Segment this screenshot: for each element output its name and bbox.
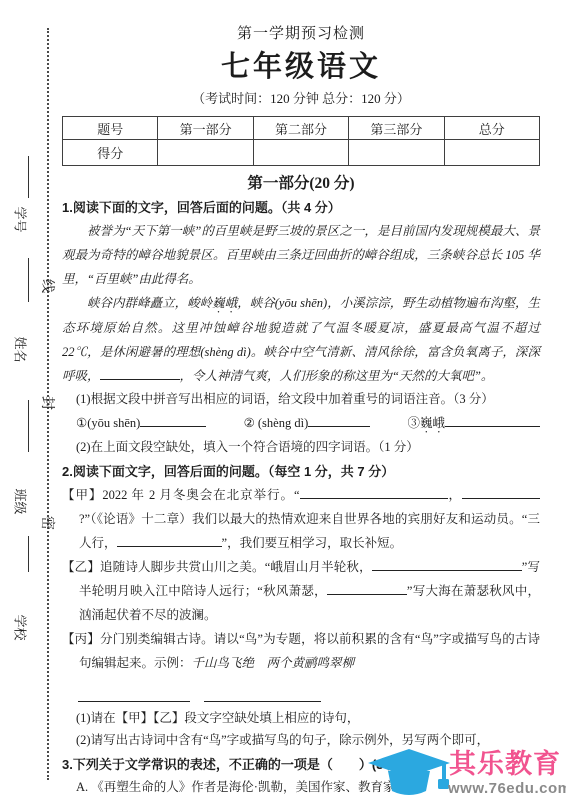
score-table-header: 题号 bbox=[63, 117, 158, 140]
emphasized-word: 巍峨 bbox=[420, 416, 445, 430]
seal-char: 密 bbox=[38, 515, 58, 531]
answer-line bbox=[78, 689, 190, 702]
answer-lines-row bbox=[78, 689, 540, 703]
score-table-header: 第三部分 bbox=[349, 117, 444, 140]
margin-field-student-id: 学号 bbox=[12, 205, 31, 235]
pinyin-blank-label: ② (shèng dì) bbox=[244, 416, 309, 430]
score-cell-empty bbox=[253, 140, 348, 166]
pinyin-blank-label: ①(yōu shēn) bbox=[76, 416, 140, 430]
material-yi: 【乙】追随诗人脚步共赏山川之美。“峨眉山月半轮秋，”写半轮明月映入江中陪诗人远行… bbox=[62, 555, 540, 627]
emphasized-word: 巍峨 bbox=[212, 296, 237, 310]
question-1-sub-1: (1)根据文段中拼音写出相应的词语，给文段中加着重号的词语注音。（3 分） bbox=[62, 388, 540, 410]
passage-text: 峡谷内群峰矗立，峻岭 bbox=[87, 296, 212, 310]
score-table-header: 第二部分 bbox=[253, 117, 348, 140]
section-title: 第一部分(20 分) bbox=[62, 174, 540, 194]
name-fill-line bbox=[28, 258, 29, 302]
question-2-sub-1: (1)请在【甲】【乙】段文字空缺处填上相应的诗句， bbox=[62, 707, 540, 729]
page-title: 七年级语文 bbox=[62, 51, 540, 84]
material-jia: 【甲】2022 年 2 月冬奥会在北京举行。“，?”（《论语》十二章）我们以最大… bbox=[62, 483, 540, 555]
passage-text: ，令人神清气爽，人们形象的称这里为“天然的大氧吧”。 bbox=[180, 369, 494, 383]
margin-field-class: 班级 bbox=[12, 487, 31, 517]
pinyin-blank-item: ② (shèng dì) bbox=[244, 412, 371, 436]
class-fill-line bbox=[28, 400, 29, 452]
exam-paper: 第一学期预习检测 七年级语文 （考试时间：120 分钟 总分：120 分） 题号… bbox=[62, 0, 540, 799]
material-text: ， bbox=[448, 488, 462, 502]
seal-char: 封 bbox=[38, 395, 58, 411]
question-1-sub-2: (2)在上面文段空缺处，填入一个符合语境的四字词语。（1 分） bbox=[62, 436, 540, 458]
margin-field-name: 姓名 bbox=[12, 335, 31, 365]
graduation-cap-icon bbox=[366, 748, 452, 800]
score-table: 题号 第一部分 第二部分 第三部分 总分 得分 bbox=[62, 116, 540, 166]
school-fill-line bbox=[28, 536, 29, 572]
answer-blank bbox=[140, 414, 206, 427]
pinyin-blank-item: ①(yōu shēn) bbox=[76, 412, 206, 436]
pinyin-blank-item: ③巍峨 bbox=[407, 412, 540, 436]
example-verses: 千山鸟飞绝 两个黄鹂鸣翠柳 bbox=[192, 656, 355, 670]
student-id-fill-line bbox=[28, 156, 29, 198]
score-table-header: 第一部分 bbox=[158, 117, 253, 140]
inline-fill-blank bbox=[300, 486, 448, 499]
seal-char: 线 bbox=[38, 278, 58, 294]
inline-fill-blank bbox=[117, 534, 222, 547]
term-title: 第一学期预习检测 bbox=[62, 24, 540, 44]
passage-paragraph-1: 被誉为“天下第一峡”的百里峡是野三坡的景区之一，是目前国内发现规模最大、景观最为… bbox=[62, 219, 540, 291]
answer-line bbox=[204, 689, 321, 702]
passage-paragraph-2: 峡谷内群峰矗立，峻岭巍峨，峡谷(yōu shēn)，小溪淙淙，野生动植物遍布沟壑… bbox=[62, 291, 540, 388]
inline-fill-blank bbox=[100, 367, 180, 380]
inline-fill-blank bbox=[327, 582, 407, 595]
pinyin-answer-row: ①(yōu shēn) ② (shèng dì) ③巍峨 bbox=[62, 412, 540, 436]
answer-blank bbox=[445, 414, 540, 427]
material-text: 【甲】2022 年 2 月冬奥会在北京举行。“ bbox=[62, 488, 300, 502]
inline-fill-blank bbox=[462, 486, 540, 499]
score-cell-empty bbox=[444, 140, 539, 166]
material-bing: 【丙】分门别类编辑古诗。请以“鸟”为专题，将以前积累的含有“鸟”字或描写鸟的古诗… bbox=[62, 627, 540, 675]
watermark-url-text: www.76edu.com bbox=[448, 780, 566, 797]
material-text: 【乙】追随诗人脚步共赏山川之美。“峨眉山月半轮秋， bbox=[62, 560, 372, 574]
score-cell-empty bbox=[158, 140, 253, 166]
score-cell-empty bbox=[349, 140, 444, 166]
margin-field-school: 学校 bbox=[12, 613, 31, 643]
question-1-stem: 1.阅读下面的文字，回答后面的问题。（共 4 分） bbox=[62, 197, 540, 219]
exam-info: （考试时间：120 分钟 总分：120 分） bbox=[62, 90, 540, 108]
watermark-brand-text: 其乐教育 bbox=[449, 748, 561, 780]
inline-fill-blank bbox=[372, 558, 522, 571]
material-text: ”，我们要互相学习，取长补短。 bbox=[222, 536, 403, 550]
question-2-stem: 2.阅读下面文字，回答后面的问题。（每空 1 分，共 7 分） bbox=[62, 461, 540, 483]
score-row-label: 得分 bbox=[63, 140, 158, 166]
answer-blank bbox=[308, 414, 370, 427]
pinyin-blank-label: ③ bbox=[407, 416, 420, 430]
score-table-header: 总分 bbox=[444, 117, 539, 140]
